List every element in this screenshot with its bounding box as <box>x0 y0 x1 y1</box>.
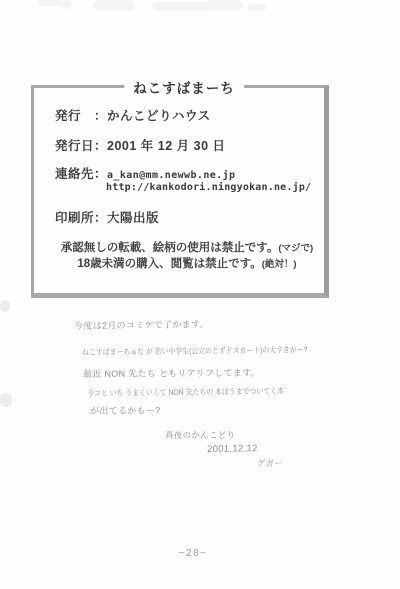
page-number: ~28~ <box>179 548 208 559</box>
handwritten-line: 最近 NON 先たち ともリアリフしてます。 <box>83 366 260 380</box>
publication-date-label: 発行日： <box>55 139 107 153</box>
contact-row: 連絡先：a_kan@mm.newwb.ne.jp <box>55 164 235 182</box>
publication-date-row: 発行日：2001 年 12 月 30 日 <box>55 136 226 154</box>
handwritten-line: 今度は2月のコミケで了かます。 <box>74 317 209 332</box>
contact-email: a_kan@mm.newwb.ne.jp <box>107 170 235 181</box>
notice-line-1-suffix: (マジで) <box>278 243 313 254</box>
handwritten-line: 今コと いち うまくいくて NON 先たちの 本ほうまでついてく本 <box>87 386 284 399</box>
publisher-value: かんこどりハウス <box>107 109 211 123</box>
scanned-page: ねこすばまーち 発行 ：かんこどりハウス 発行日：2001 年 12 月 30 … <box>0 0 400 589</box>
publisher-label: 発行 ： <box>55 109 107 123</box>
printer-value: 大陽出版 <box>107 211 159 225</box>
scan-artifact <box>93 0 135 10</box>
scan-artifact <box>0 393 12 407</box>
scan-artifact <box>38 0 64 6</box>
scan-artifact <box>0 300 10 312</box>
signature-name: 真夜のかんこどり <box>165 429 235 441</box>
notice-line-1: 承認無しの転載、絵柄の使用は禁止です。(マジで) <box>31 239 335 255</box>
publisher-row: 発行 ：かんこどりハウス <box>55 106 211 124</box>
contact-url: http://kankodori.ningyokan.ne.jp/ <box>106 182 311 193</box>
signature-note: ゲガー <box>257 457 283 469</box>
notice-line-1-text: 承認無しの転載、絵柄の使用は禁止です。 <box>61 242 279 254</box>
publication-date-value: 2001 年 12 月 30 日 <box>107 139 225 153</box>
scan-artifact <box>205 0 243 10</box>
contact-label: 連絡先： <box>55 167 107 181</box>
page-title: ねこすばまーち <box>124 77 244 97</box>
printer-row: 印刷所：大陽出版 <box>55 208 159 226</box>
notice-line-2-suffix: (絶対！) <box>262 259 297 270</box>
scan-artifact <box>152 2 210 11</box>
scan-artifact <box>62 0 72 9</box>
handwritten-line: ねこすばまーちゅな が 若い中学生(公立のとずドスカート)の大すきがー? <box>82 344 308 358</box>
notice-line-2-text: 18歳未満の購入、閲覧は禁止です。 <box>77 258 261 270</box>
printer-label: 印刷所： <box>55 211 107 225</box>
handwritten-line: が出てるかもー? <box>90 403 161 417</box>
scan-artifact <box>248 4 266 11</box>
notice-line-2: 18歳未満の購入、閲覧は禁止です。(絶対！) <box>31 255 335 271</box>
signature-date: 2001.12.12 <box>207 443 258 455</box>
